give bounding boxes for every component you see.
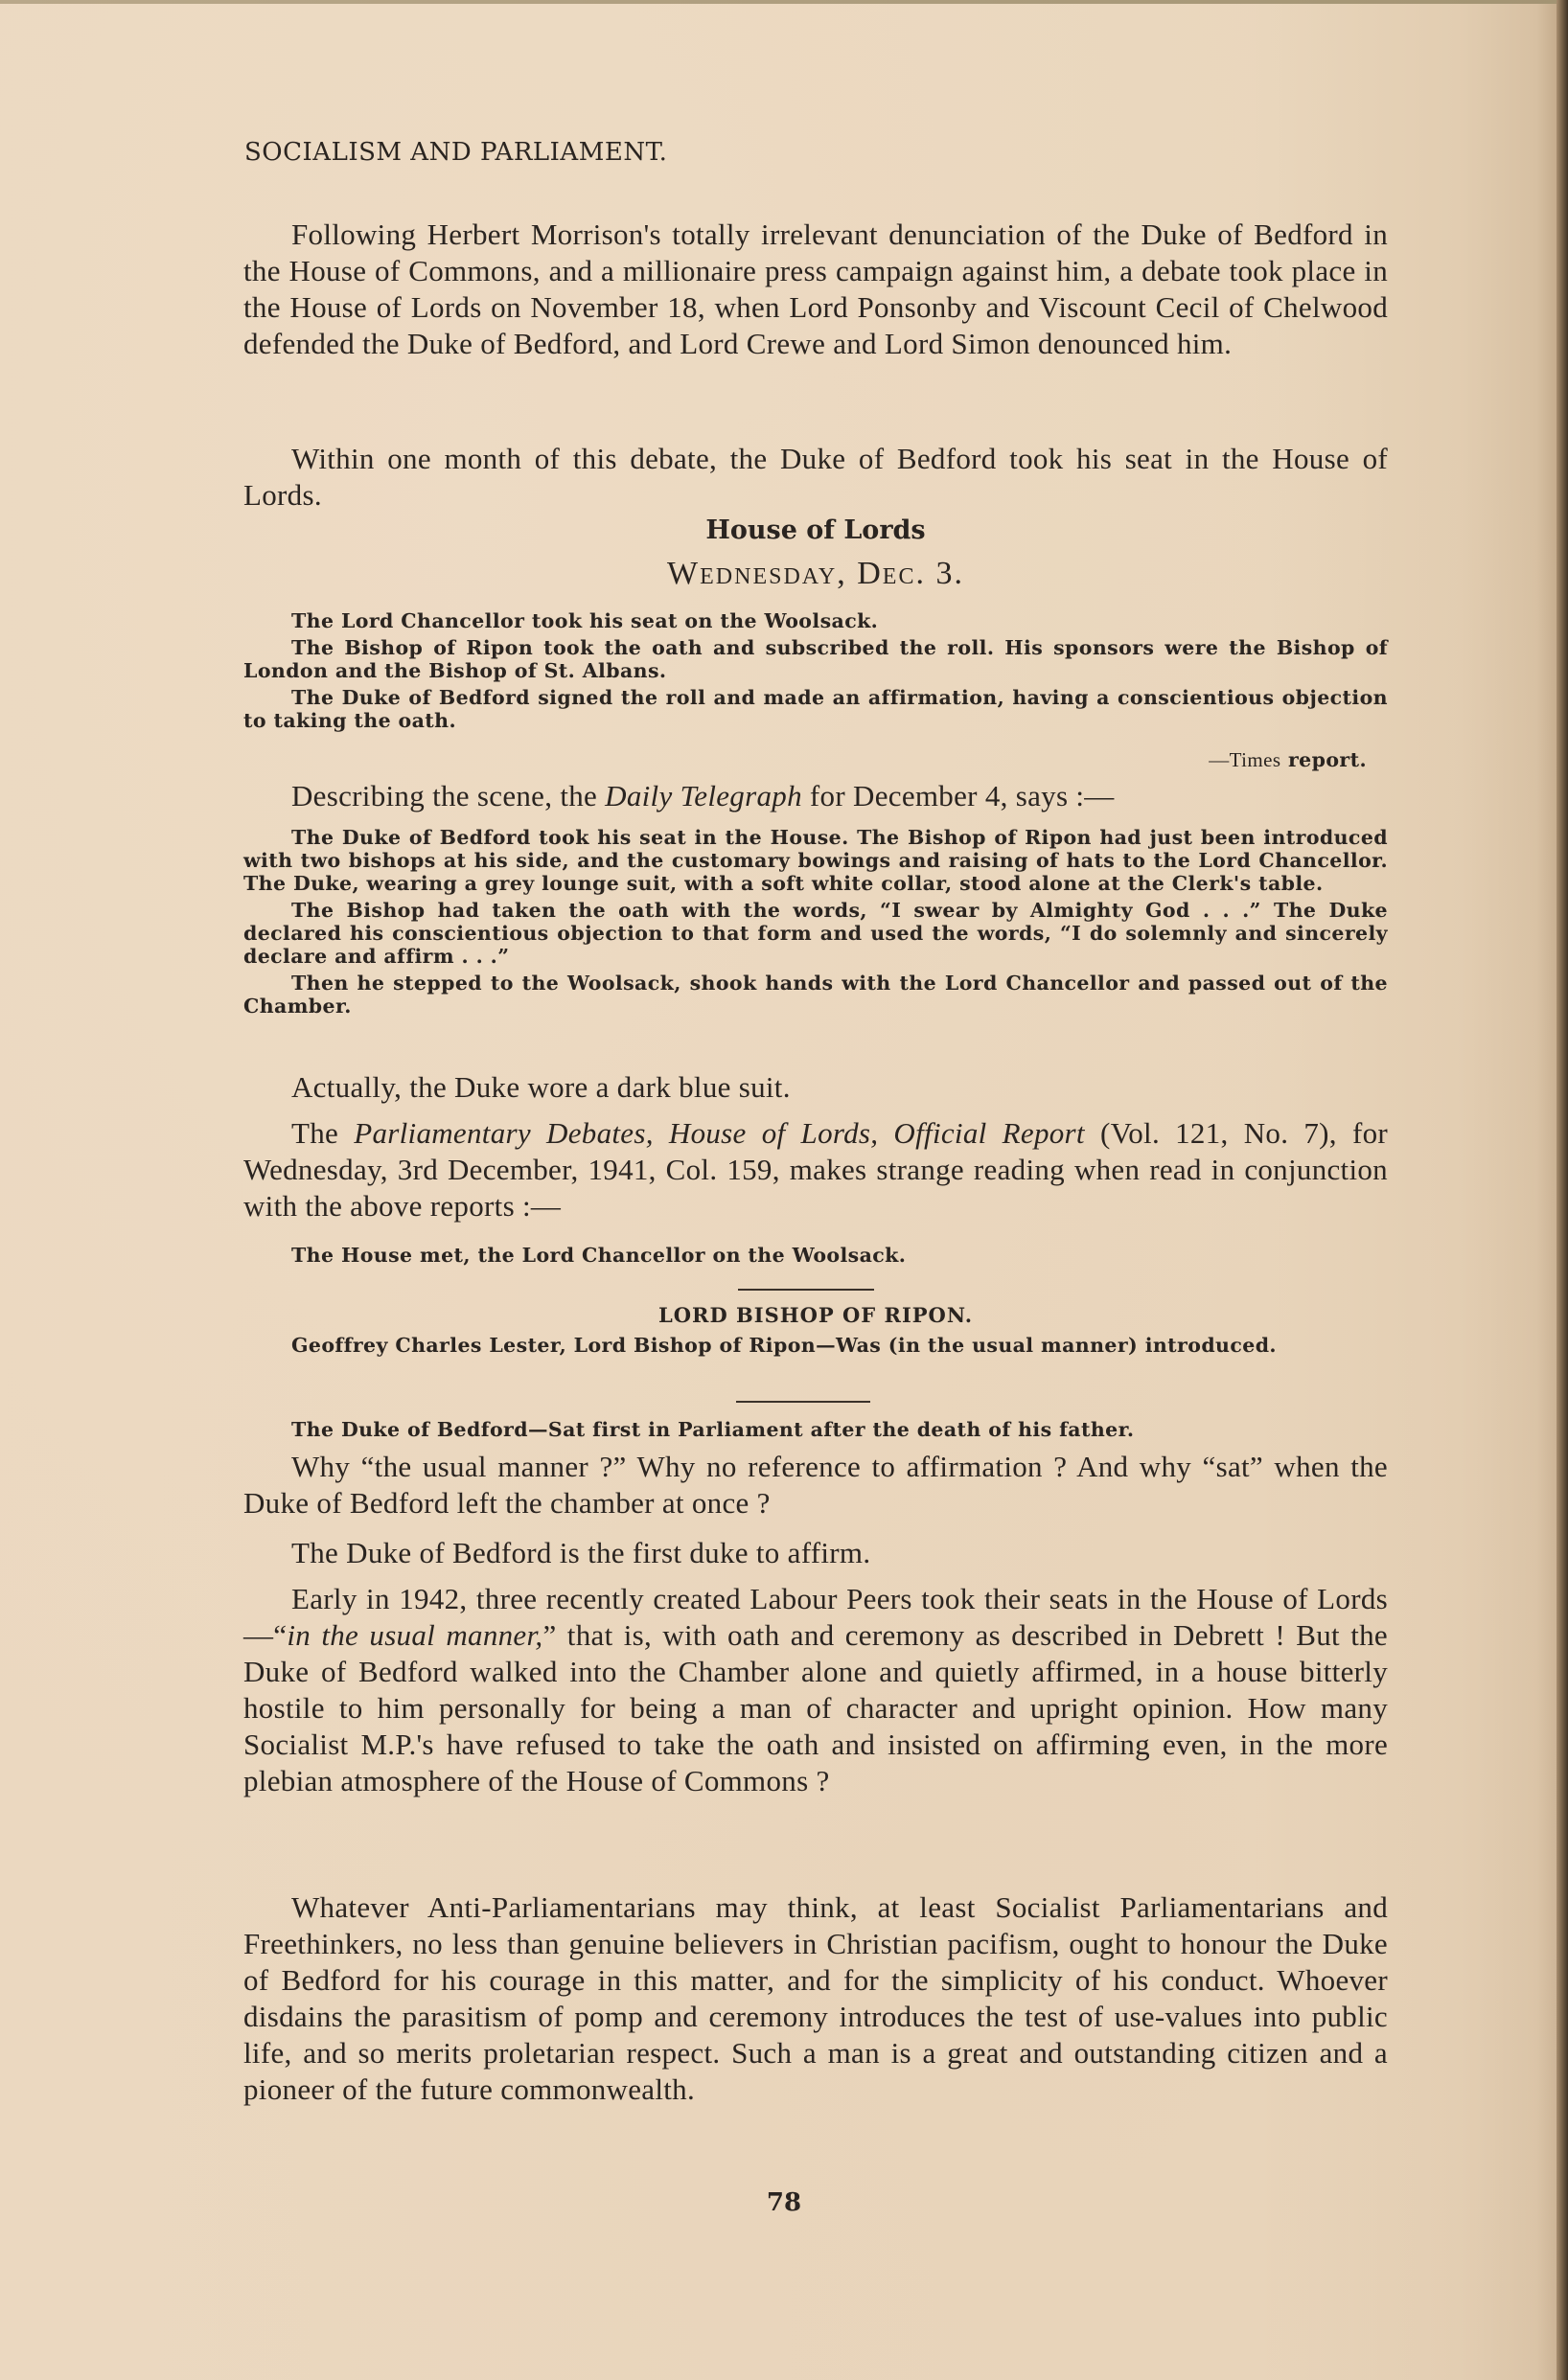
page-top-edge	[0, 0, 1568, 4]
telegraph-name: Daily Telegraph	[605, 779, 802, 812]
paragraph-actually: Actually, the Duke wore a dark blue suit…	[243, 1069, 1388, 1106]
times-heading: House of Lords	[243, 515, 1388, 545]
paragraph-why: Why “the usual manner ?” Why no referenc…	[243, 1449, 1388, 1522]
telegraph-report-line: The Duke of Bedford took his seat in the…	[243, 826, 1388, 895]
times-date: Wednesday, Dec. 3.	[243, 556, 1388, 592]
paragraph-whatever: Whatever Anti-Parliamentarians may think…	[243, 1889, 1388, 2108]
times-report-line: The Lord Chancellor took his seat on the…	[243, 609, 1388, 632]
times-attribution-report: report.	[1288, 748, 1367, 771]
hansard-title: Parliamentary Debates, House of Lords, O…	[354, 1116, 1085, 1150]
times-report-line: The Duke of Bedford signed the roll and …	[243, 686, 1388, 732]
times-attribution-source: —Times	[1209, 748, 1280, 771]
hansard-house-met: The House met, the Lord Chancellor on th…	[243, 1244, 1388, 1267]
times-attribution: —Times report.	[243, 748, 1367, 771]
early-italic-quote: in the usual manner,	[287, 1618, 542, 1652]
hansard-intro-text: The	[291, 1116, 354, 1150]
telegraph-report-line: Then he stepped to the Woolsack, shook h…	[243, 972, 1388, 1018]
hansard-ripon-entry: Geoffrey Charles Lester, Lord Bishop of …	[243, 1334, 1388, 1357]
paragraph-first-duke: The Duke of Bedford is the first duke to…	[243, 1535, 1388, 1571]
paragraph-hansard-intro: The Parliamentary Debates, House of Lord…	[243, 1115, 1388, 1224]
paragraph-took-seat: Within one month of this debate, the Duk…	[243, 441, 1388, 514]
telegraph-report-line: The Bishop had taken the oath with the w…	[243, 899, 1388, 968]
book-spine-shadow	[1556, 0, 1568, 2380]
times-report-quote: The Lord Chancellor took his seat on the…	[243, 609, 1388, 736]
separator-rule	[738, 1289, 874, 1291]
page-number: 78	[0, 2188, 1568, 2217]
hansard-bedford-entry: The Duke of Bedford—Sat first in Parliam…	[243, 1418, 1388, 1441]
telegraph-intro-text: Describing the scene, the	[291, 779, 605, 812]
telegraph-intro: Describing the scene, the Daily Telegrap…	[243, 778, 1388, 814]
telegraph-report-quote: The Duke of Bedford took his seat in the…	[243, 826, 1388, 1021]
times-report-line: The Bishop of Ripon took the oath and su…	[243, 636, 1388, 682]
separator-rule	[736, 1401, 870, 1403]
paragraph-debate: Following Herbert Morrison's totally irr…	[243, 217, 1388, 362]
page-title: SOCIALISM AND PARLIAMENT.	[244, 138, 667, 167]
telegraph-intro-text: for December 4, says :—	[802, 779, 1115, 812]
hansard-heading: LORD BISHOP OF RIPON.	[243, 1303, 1388, 1327]
paragraph-early-1942: Early in 1942, three recently created La…	[243, 1581, 1388, 1799]
